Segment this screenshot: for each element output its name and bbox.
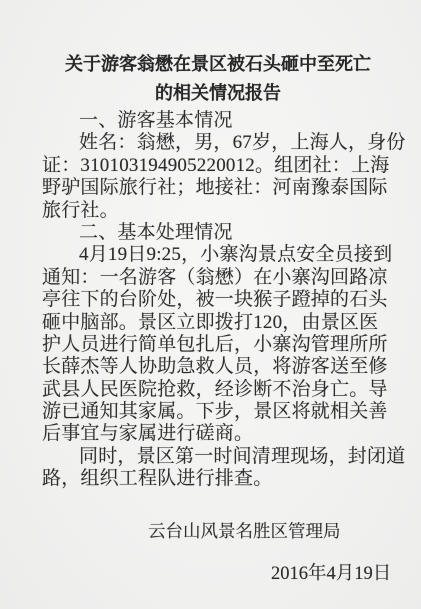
body-line: 4月19日9:25，小寨沟景点安全员接到 <box>42 244 398 266</box>
body-line: 亭往下的台阶处，被一块猴子蹬掉的石头 <box>42 289 398 311</box>
body-line: 证：310103194905220012。组团社：上海 <box>42 155 398 177</box>
report-title-line-2: 的相关情况报告 <box>42 79 394 108</box>
body-line: 后事宜与家属进行磋商。 <box>42 423 398 445</box>
report-body: 一、游客基本情况姓名：翁懋，男，67岁，上海人，身份证：310103194905… <box>42 110 398 491</box>
body-line: 长薛杰等人协助急救人员，将游客送至修 <box>42 356 398 378</box>
report-page: 关于游客翁懋在景区被石头砸中至死亡 的相关情况报告 一、游客基本情况姓名：翁懋，… <box>0 0 421 609</box>
report-title-line-1: 关于游客翁懋在景区被石头砸中至死亡 <box>42 50 394 79</box>
body-line: 二、基本处理情况 <box>42 222 398 244</box>
body-line: 旅行社。 <box>42 200 398 222</box>
body-line: 砸中脑部。景区立即拨打120，由景区医 <box>42 312 398 334</box>
signature-line: 云台山风景名胜区管理局 <box>148 519 341 543</box>
body-line: 一、游客基本情况 <box>42 110 398 132</box>
body-line: 通知：一名游客（翁懋）在小寨沟回路凉 <box>42 267 398 289</box>
date-line: 2016年4月19日 <box>271 561 391 587</box>
body-line: 姓名：翁懋，男，67岁，上海人，身份 <box>42 132 398 154</box>
body-line: 野驴国际旅行社；地接社：河南豫泰国际 <box>42 177 398 199</box>
body-line: 路，组织工程队进行排查。 <box>42 468 398 490</box>
body-line: 护人员进行简单包扎后，小寨沟管理所所 <box>42 334 398 356</box>
body-line: 同时，景区第一时间清理现场，封闭道 <box>42 446 398 468</box>
body-line: 武县人民医院抢救，经诊断不治身亡。导 <box>42 379 398 401</box>
body-line: 游已通知其家属。下步，景区将就相关善 <box>42 401 398 423</box>
report-title: 关于游客翁懋在景区被石头砸中至死亡 的相关情况报告 <box>42 50 394 108</box>
